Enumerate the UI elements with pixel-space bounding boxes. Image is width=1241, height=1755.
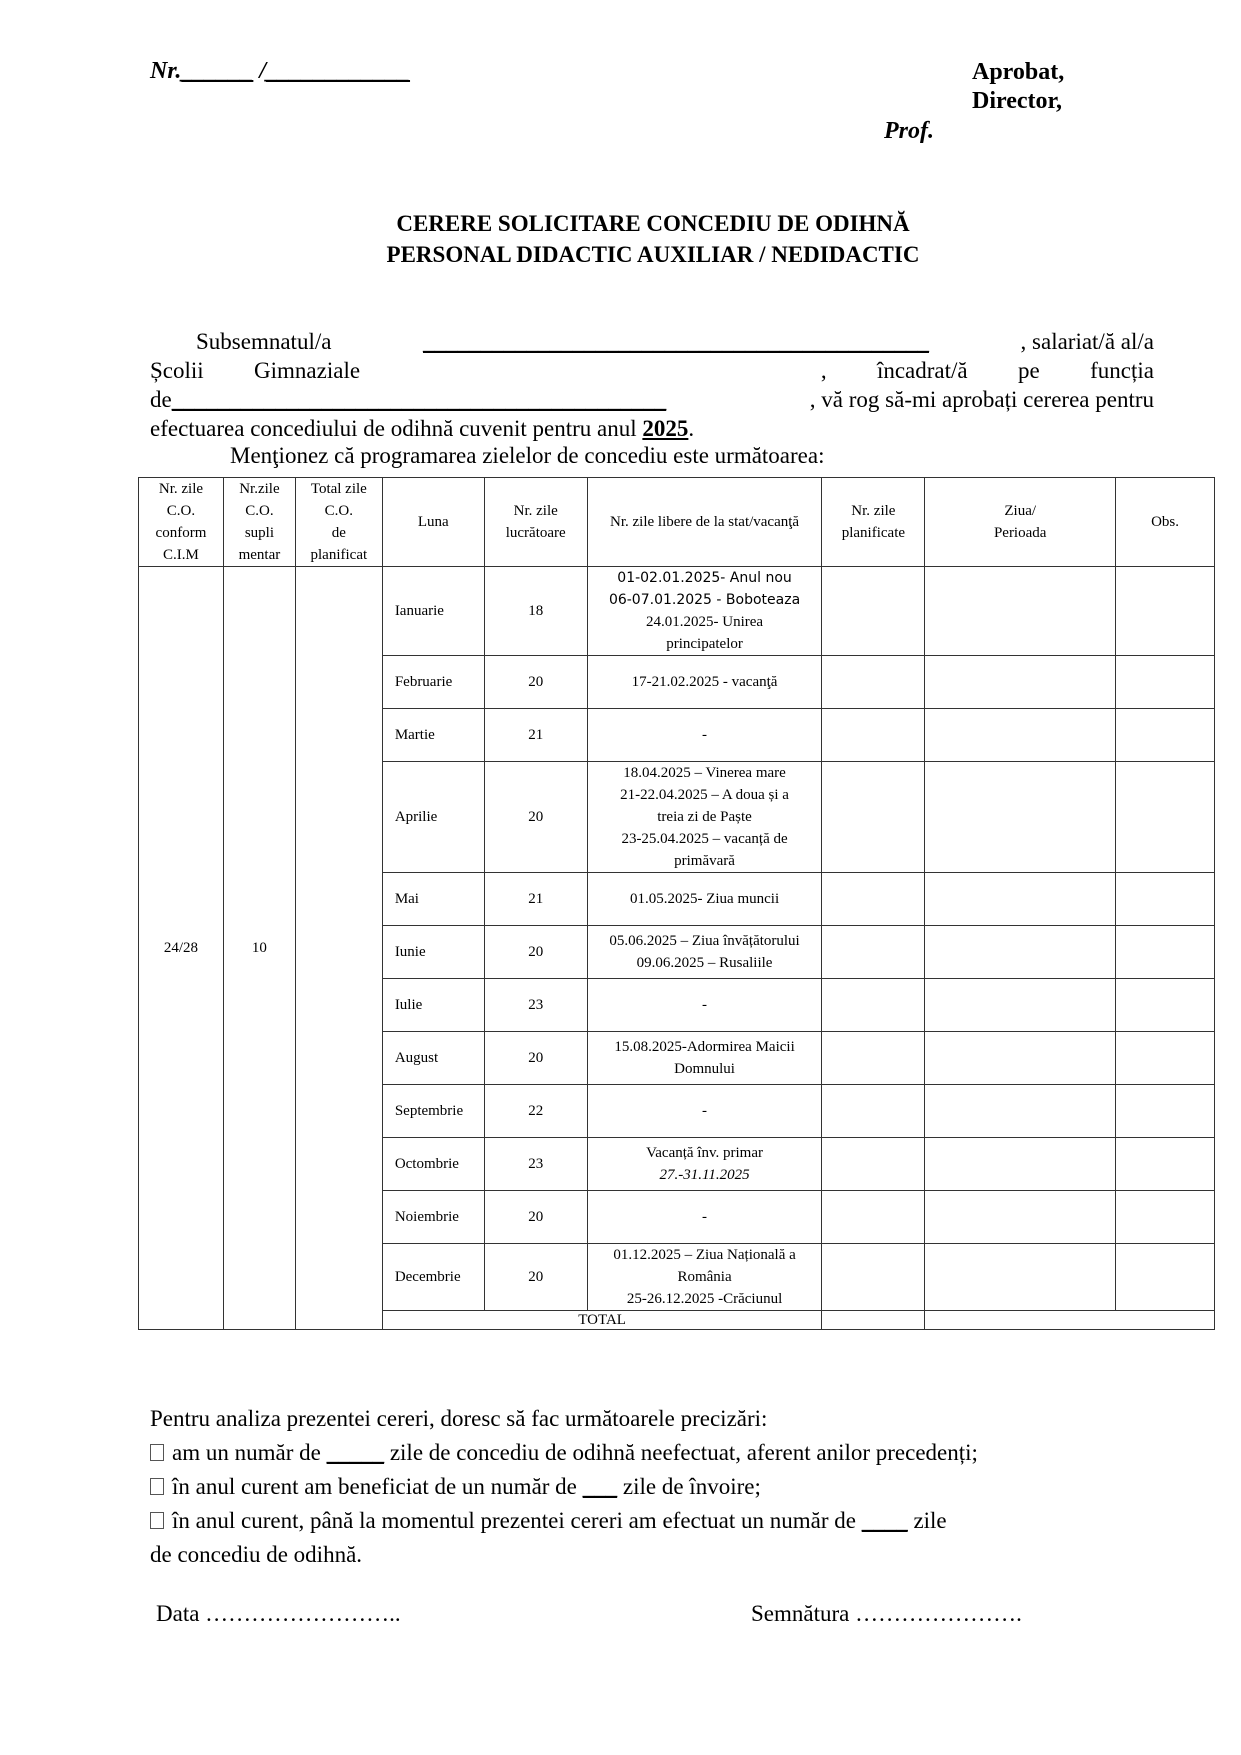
planned-cell[interactable] bbox=[822, 979, 925, 1032]
obs-cell[interactable] bbox=[1116, 873, 1215, 926]
month-cell: Octombrie bbox=[382, 1138, 484, 1191]
intro-paragraph: Subsemnatul/a___________________________… bbox=[150, 327, 1154, 443]
text: în anul curent am beneficiat de un număr… bbox=[172, 1474, 583, 1499]
header-co-supl: Nr.zileC.O.suplimentar bbox=[223, 478, 295, 567]
obs-cell[interactable] bbox=[1116, 1138, 1215, 1191]
document-title: CERERE SOLICITARE CONCEDIU DE ODIHNĂ bbox=[0, 208, 1241, 239]
holidays-cell: - bbox=[587, 709, 822, 762]
checkbox[interactable] bbox=[150, 1478, 164, 1495]
text: am un număr de bbox=[172, 1440, 327, 1465]
text: , vă rog să-mi aprobați cererea pentru bbox=[810, 385, 1154, 414]
workdays-cell: 20 bbox=[484, 762, 587, 873]
registration-number: Nr.______ /____________ bbox=[150, 58, 410, 85]
date-field[interactable]: ____________ bbox=[266, 58, 410, 84]
director-label: Director, bbox=[972, 87, 1064, 116]
workdays-cell: 20 bbox=[484, 926, 587, 979]
planned-cell[interactable] bbox=[822, 1244, 925, 1311]
month-cell: Decembrie bbox=[382, 1244, 484, 1311]
holidays-cell: - bbox=[587, 979, 822, 1032]
year: 2025 bbox=[642, 416, 688, 441]
header-holidays: Nr. zile libere de la stat/vacanţă bbox=[587, 478, 822, 567]
days-field[interactable]: ____ bbox=[862, 1508, 908, 1533]
approved-label: Aprobat, bbox=[972, 58, 1064, 87]
month-cell: Noiembrie bbox=[382, 1191, 484, 1244]
obs-cell[interactable] bbox=[1116, 1032, 1215, 1085]
text: zile bbox=[908, 1508, 947, 1533]
planned-cell[interactable] bbox=[822, 1032, 925, 1085]
obs-cell[interactable] bbox=[1116, 567, 1215, 656]
period-cell[interactable] bbox=[925, 1191, 1116, 1244]
planned-cell[interactable] bbox=[822, 709, 925, 762]
period-cell[interactable] bbox=[925, 1085, 1116, 1138]
nr-label: Nr. bbox=[150, 58, 181, 84]
planned-cell[interactable] bbox=[822, 762, 925, 873]
note-item-2: în anul curent am beneficiat de un număr… bbox=[150, 1470, 978, 1504]
holidays-cell: 17-21.02.2025 - vacanţă bbox=[587, 656, 822, 709]
period-cell[interactable] bbox=[925, 656, 1116, 709]
name-field[interactable]: ________________________________________… bbox=[423, 327, 929, 356]
text: de bbox=[150, 387, 172, 412]
workdays-cell: 20 bbox=[484, 656, 587, 709]
text: funcția bbox=[1090, 356, 1154, 385]
note-item-1: am un număr de _____ zile de concediu de… bbox=[150, 1436, 978, 1470]
month-cell: Aprilie bbox=[382, 762, 484, 873]
planned-cell[interactable] bbox=[822, 1085, 925, 1138]
workdays-cell: 18 bbox=[484, 567, 587, 656]
workdays-cell: 20 bbox=[484, 1191, 587, 1244]
period-cell[interactable] bbox=[925, 567, 1116, 656]
month-cell: August bbox=[382, 1032, 484, 1085]
period-cell[interactable] bbox=[925, 709, 1116, 762]
month-cell: Martie bbox=[382, 709, 484, 762]
note-item-3: în anul curent, până la momentul prezent… bbox=[150, 1504, 978, 1538]
holidays-cell: 01.05.2025- Ziua muncii bbox=[587, 873, 822, 926]
period-cell[interactable] bbox=[925, 926, 1116, 979]
text: efectuarea concediului de odihnă cuvenit… bbox=[150, 416, 642, 441]
month-cell: Iunie bbox=[382, 926, 484, 979]
header-month: Luna bbox=[382, 478, 484, 567]
planned-cell[interactable] bbox=[822, 873, 925, 926]
month-cell: Iulie bbox=[382, 979, 484, 1032]
nr-separator: / bbox=[253, 58, 266, 84]
date-signature-field[interactable]: Data …………………….. bbox=[156, 1601, 401, 1627]
text: . bbox=[688, 416, 694, 441]
workdays-cell: 23 bbox=[484, 979, 587, 1032]
holidays-cell: 01.12.2025 – Ziua Națională aRomânia25-2… bbox=[587, 1244, 822, 1311]
days-field[interactable]: _____ bbox=[327, 1440, 385, 1465]
text: Subsemnatul/a bbox=[150, 327, 331, 356]
document-subtitle: PERSONAL DIDACTIC AUXILIAR / NEDIDACTIC bbox=[0, 239, 1241, 270]
workdays-cell: 20 bbox=[484, 1244, 587, 1311]
period-cell[interactable] bbox=[925, 873, 1116, 926]
period-cell[interactable] bbox=[925, 1244, 1116, 1311]
total-period[interactable] bbox=[925, 1311, 1215, 1330]
leave-schedule-table: Nr. zileC.O.conformC.I.M Nr.zileC.O.supl… bbox=[138, 477, 1215, 1330]
header-period: Ziua/Perioada bbox=[925, 478, 1116, 567]
planned-cell[interactable] bbox=[822, 1138, 925, 1191]
holidays-cell: 15.08.2025-Adormirea MaiciiDomnului bbox=[587, 1032, 822, 1085]
obs-cell[interactable] bbox=[1116, 1085, 1215, 1138]
prof-label: Prof. bbox=[884, 118, 934, 145]
text: zile de concediu de odihnă neefectuat, a… bbox=[384, 1440, 978, 1465]
workdays-cell: 20 bbox=[484, 1032, 587, 1085]
total-planned[interactable] bbox=[822, 1311, 925, 1330]
approval-block: Aprobat, Director, bbox=[972, 58, 1064, 116]
obs-cell[interactable] bbox=[1116, 926, 1215, 979]
obs-cell[interactable] bbox=[1116, 1244, 1215, 1311]
workdays-cell: 23 bbox=[484, 1138, 587, 1191]
period-cell[interactable] bbox=[925, 762, 1116, 873]
header-total: Total zileC.O.deplanificat bbox=[295, 478, 382, 567]
checkbox[interactable] bbox=[150, 1512, 164, 1529]
planned-cell[interactable] bbox=[822, 656, 925, 709]
holidays-cell: 01-02.01.2025- Anul nou06-07.01.2025 - B… bbox=[587, 567, 822, 656]
schedule-intro: Menţionez că programarea zielelor de con… bbox=[230, 443, 825, 469]
holidays-cell: - bbox=[587, 1085, 822, 1138]
text: Gimnaziale bbox=[254, 356, 360, 385]
month-cell: Mai bbox=[382, 873, 484, 926]
text: în anul curent, până la momentul prezent… bbox=[172, 1508, 862, 1533]
days-field[interactable]: ___ bbox=[583, 1474, 618, 1499]
header-workdays: Nr. zilelucrătoare bbox=[484, 478, 587, 567]
text: , salariat/ă al/a bbox=[1021, 327, 1154, 356]
obs-cell[interactable] bbox=[1116, 1191, 1215, 1244]
text: Școlii bbox=[150, 356, 204, 385]
co-cim-value: 24/28 bbox=[139, 567, 224, 1330]
header-obs: Obs. bbox=[1116, 478, 1215, 567]
text: pe bbox=[1018, 356, 1040, 385]
planned-cell[interactable] bbox=[822, 926, 925, 979]
obs-cell[interactable] bbox=[1116, 709, 1215, 762]
period-cell[interactable] bbox=[925, 979, 1116, 1032]
function-field[interactable]: ________________________________________… bbox=[172, 387, 667, 412]
total-label: TOTAL bbox=[382, 1311, 822, 1330]
period-cell[interactable] bbox=[925, 1138, 1116, 1191]
footer-notes: Pentru analiza prezentei cereri, doresc … bbox=[150, 1402, 978, 1572]
text: zile de învoire; bbox=[617, 1474, 761, 1499]
month-cell: Septembrie bbox=[382, 1085, 484, 1138]
text: , bbox=[821, 356, 827, 385]
holidays-cell: 05.06.2025 – Ziua învățătorului09.06.202… bbox=[587, 926, 822, 979]
planned-cell[interactable] bbox=[822, 1191, 925, 1244]
header-planned: Nr. zileplanificate bbox=[822, 478, 925, 567]
month-cell: Februarie bbox=[382, 656, 484, 709]
period-cell[interactable] bbox=[925, 1032, 1116, 1085]
text: încadrat/ă bbox=[877, 356, 968, 385]
holidays-cell: Vacanță înv. primar27.-31.11.2025 bbox=[587, 1138, 822, 1191]
obs-cell[interactable] bbox=[1116, 979, 1215, 1032]
signature-field[interactable]: Semnătura …………………. bbox=[751, 1601, 1022, 1627]
holidays-cell: 18.04.2025 – Vinerea mare21-22.04.2025 –… bbox=[587, 762, 822, 873]
planned-cell[interactable] bbox=[822, 567, 925, 656]
table-row: 24/2810Ianuarie1801-02.01.2025- Anul nou… bbox=[139, 567, 1215, 656]
workdays-cell: 21 bbox=[484, 709, 587, 762]
month-cell: Ianuarie bbox=[382, 567, 484, 656]
nr-field[interactable]: ______ bbox=[181, 58, 253, 84]
obs-cell[interactable] bbox=[1116, 656, 1215, 709]
text: de concediu de odihnă. bbox=[150, 1538, 978, 1572]
notes-intro: Pentru analiza prezentei cereri, doresc … bbox=[150, 1402, 978, 1436]
header-co-cim: Nr. zileC.O.conformC.I.M bbox=[139, 478, 224, 567]
total-value[interactable] bbox=[295, 567, 382, 1330]
co-supl-value: 10 bbox=[223, 567, 295, 1330]
checkbox[interactable] bbox=[150, 1444, 164, 1461]
workdays-cell: 21 bbox=[484, 873, 587, 926]
holidays-cell: - bbox=[587, 1191, 822, 1244]
workdays-cell: 22 bbox=[484, 1085, 587, 1138]
obs-cell[interactable] bbox=[1116, 762, 1215, 873]
